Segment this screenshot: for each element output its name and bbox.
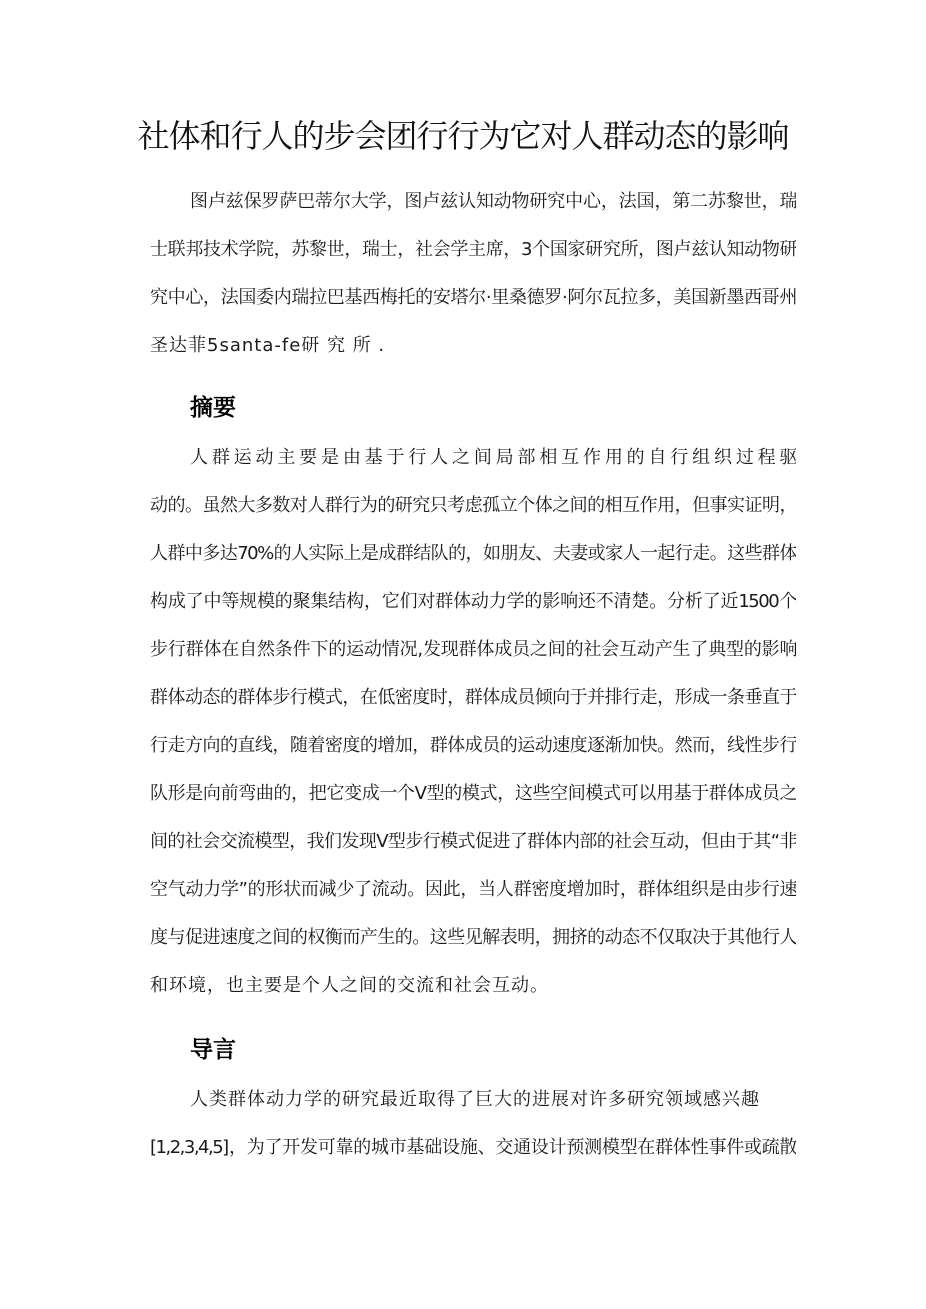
abstract-line: 人群运动主要是由基于行人之间局部相互作用的自行组织过程驱 (150, 434, 796, 482)
affiliation-line: 图卢兹保罗萨巴蒂尔大学，图卢兹认知动物研究中心，法国，第二苏黎世，瑞 (150, 178, 796, 226)
introduction-block: 人类群体动力学的研究最近取得了巨大的进展对许多研究领域感兴趣 [1,2,3,4,… (150, 1076, 796, 1172)
affiliation-line: 士联邦技术学院，苏黎世，瑞士，社会学主席，3个国家研究所，图卢兹认知动物研 (150, 226, 796, 274)
abstract-line: 间的社会交流模型，我们发现V型步行模式促进了群体内部的社会互动，但由于其“非 (150, 818, 796, 866)
abstract-line: 队形是向前弯曲的，把它变成一个V型的模式，这些空间模式可以用基于群体成员之 (150, 770, 796, 818)
introduction-line: 人类群体动力学的研究最近取得了巨大的进展对许多研究领域感兴趣 (150, 1076, 796, 1124)
introduction-heading: 导言 (150, 1026, 796, 1074)
document-canvas: { "doc": { "title": "社体和行人的步会团行行为它对人群动态的… (0, 0, 926, 1309)
document-page: 社体和行人的步会团行行为它对人群动态的影响 图卢兹保罗萨巴蒂尔大学，图卢兹认知动… (0, 0, 926, 1309)
abstract-line: 行走方向的直线，随着密度的增加，群体成员的运动速度逐渐加快。然而，线性步行 (150, 722, 796, 770)
affiliation-line: 究中心，法国委内瑞拉巴基西梅托的安塔尔·里桑德罗·阿尔瓦拉多，美国新墨西哥州 (150, 274, 796, 322)
affiliation-block: 图卢兹保罗萨巴蒂尔大学，图卢兹认知动物研究中心，法国，第二苏黎世，瑞 士联邦技术… (150, 178, 796, 370)
abstract-line: 度与促进速度之间的权衡而产生的。这些见解表明，拥挤的动态不仅取决于其他行人 (150, 914, 796, 962)
abstract-line: 动的。虽然大多数对人群行为的研究只考虑孤立个体之间的相互作用，但事实证明， (150, 482, 796, 530)
abstract-line: 和环境，也主要是个人之间的交流和社会互动。 (150, 962, 796, 1010)
affiliation-line: 圣达菲5santa-fe研 究 所 . (150, 322, 796, 370)
abstract-line: 步行群体在自然条件下的运动情况,发现群体成员之间的社会互动产生了典型的影响 (150, 626, 796, 674)
abstract-block: 人群运动主要是由基于行人之间局部相互作用的自行组织过程驱 动的。虽然大多数对人群… (150, 434, 796, 1010)
abstract-line: 构成了中等规模的聚集结构，它们对群体动力学的影响还不清楚。分析了近1500个 (150, 578, 796, 626)
document-title: 社体和行人的步会团行行为它对人群动态的影响 (0, 112, 926, 160)
abstract-line: 群体动态的群体步行模式，在低密度时，群体成员倾向于并排行走，形成一条垂直于 (150, 674, 796, 722)
introduction-line: [1,2,3,4,5]，为了开发可靠的城市基础设施、交通设计预测模型在群体性事件… (150, 1124, 796, 1172)
abstract-line: 人群中多达70%的人实际上是成群结队的，如朋友、夫妻或家人一起行走。这些群体 (150, 530, 796, 578)
abstract-heading: 摘要 (150, 384, 796, 432)
abstract-line: 空气动力学”的形状而减少了流动。因此，当人群密度增加时，群体组织是由步行速 (150, 866, 796, 914)
